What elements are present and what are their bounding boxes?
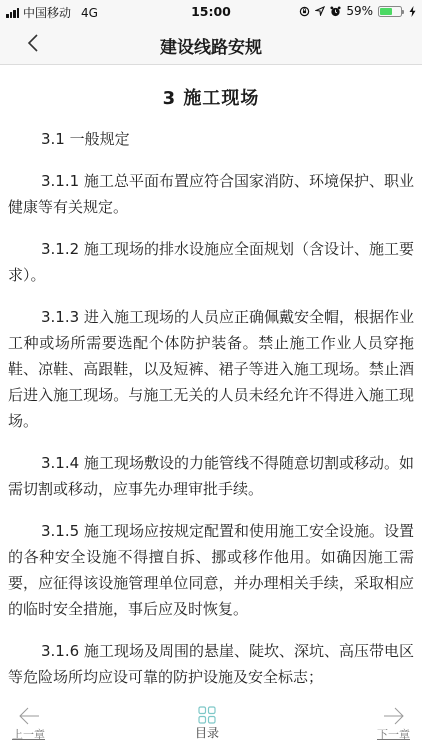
paragraph: 3.1.5 施工现场应按规定配置和使用施工安全设施。设置的各种安全设施不得擅自拆… [8, 518, 414, 622]
chapter-content[interactable]: 3 施工现场 3.1 一般规定 3.1.1 施工总平面布置应符合国家消防、环境保… [0, 66, 422, 702]
arrow-left-icon [18, 706, 40, 726]
paragraph: 3.1.2 施工现场的排水设施应全面规划（含设计、施工要求）。 [8, 236, 414, 288]
grid-icon [198, 706, 216, 724]
next-chapter-button[interactable]: 下一章 [377, 706, 410, 742]
toc-button[interactable]: 目录 [195, 706, 219, 741]
battery-percent: 59% [346, 4, 373, 18]
status-right: 59% [299, 4, 416, 18]
section-heading: 3.1 一般规定 [8, 126, 414, 152]
prev-chapter-button[interactable]: 上一章 [12, 706, 45, 742]
paragraph: 3.1.4 施工现场敷设的力能管线不得随意切割或移动。如需切割或移动，应事先办理… [8, 450, 414, 502]
charging-icon [409, 6, 416, 17]
rotation-lock-icon [299, 6, 310, 17]
prev-chapter-label: 上一章 [12, 726, 45, 742]
battery-icon [378, 6, 402, 17]
status-bar: 中国移动 4G 15:00 59% [0, 0, 422, 22]
page-title: 建设线路安规 [0, 33, 422, 58]
paragraph: 3.1.1 施工总平面布置应符合国家消防、环境保护、职业健康等有关规定。 [8, 168, 414, 220]
toc-label: 目录 [195, 724, 219, 741]
bottom-bar: 上一章 目录 下一章 [0, 702, 422, 750]
alarm-icon [330, 6, 341, 17]
arrow-right-icon [383, 706, 405, 726]
paragraph: 3.1.3 进入施工现场的人员应正确佩戴安全帽，根据作业工种或场所需要选配个体防… [8, 304, 414, 434]
next-chapter-label: 下一章 [377, 726, 410, 742]
paragraph: 3.1.6 施工现场及周围的悬崖、陡坎、深坑、高压带电区等危险场所均应设可靠的防… [8, 638, 414, 690]
nav-bar: 建设线路安规 [0, 22, 422, 65]
chapter-title: 3 施工现场 [8, 87, 414, 111]
location-icon [315, 6, 325, 16]
